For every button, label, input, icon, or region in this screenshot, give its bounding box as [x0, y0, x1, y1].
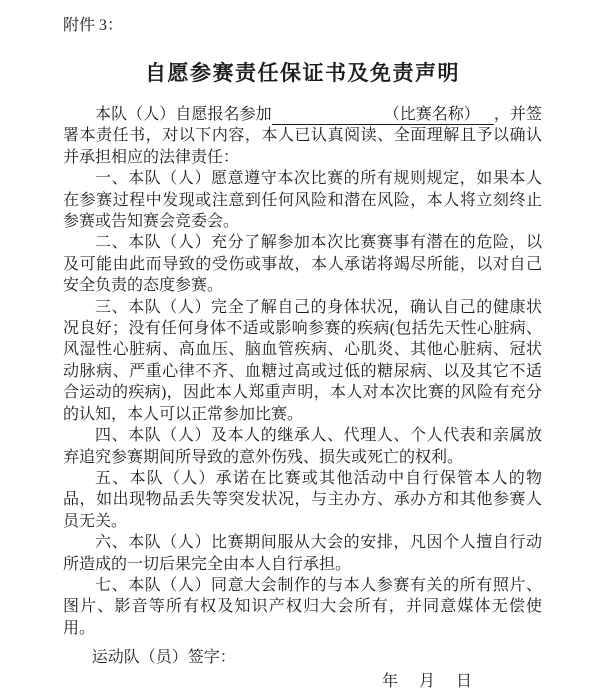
competition-name-fill-line: （比赛名称） [272, 105, 494, 125]
date-year-label: 年 [382, 673, 398, 690]
clause-1: 一、本队（人）愿意遵守本次比赛的所有规则规定，如果本人在参赛过程中发现或注意到任… [63, 168, 542, 232]
competition-name-hint: （比赛名称） [384, 106, 480, 123]
date-month-label: 月 [419, 673, 435, 690]
attachment-label: 附件 3： [63, 14, 542, 38]
clause-3: 三、本队（人）完全了解自己的身体状况，确认自己的健康状况良好；没有任何身体不适或… [63, 297, 542, 425]
intro-paragraph: 本队（人）自愿报名参加（比赛名称），并签署本责任书，对以下内容，本人已认真阅读、… [63, 104, 542, 168]
waiver-document: 附件 3： 自愿参赛责任保证书及免责声明 本队（人）自愿报名参加（比赛名称），并… [0, 0, 600, 690]
clause-7: 七、本队（人）同意大会制作的与本人参赛有关的所有照片、图片、影音等所有权及知识产… [63, 575, 542, 639]
fill-line-tail [480, 118, 494, 119]
signature-label[interactable]: 运动队（员）签字： [63, 647, 542, 669]
date-day-label: 日 [456, 673, 472, 690]
intro-prefix: 本队（人）自愿报名参加 [95, 106, 272, 123]
competition-name-blank[interactable] [272, 118, 384, 119]
clause-4: 四、本队（人）及本人的继承人、代理人、个人代表和亲属放弃追究参赛期间所导致的意外… [63, 425, 542, 468]
clause-6: 六、本队（人）比赛期间服从大会的安排，凡因个人擅自行动所造成的一切后果完全由本人… [63, 532, 542, 575]
document-title: 自愿参赛责任保证书及免责声明 [63, 60, 542, 86]
date-line: 年月日 [63, 671, 542, 690]
clause-2: 二、本队（人）充分了解参加本次比赛赛事有潜在的危险，以及可能由此而导致的受伤或事… [63, 232, 542, 296]
clause-5: 五、本队（人）承诺在比赛或其他活动中自行保管本人的物品，如出现物品丢失等突发状况… [63, 468, 542, 532]
document-body: 本队（人）自愿报名参加（比赛名称），并签署本责任书，对以下内容，本人已认真阅读、… [63, 104, 542, 639]
intro-comma: ， [494, 106, 510, 123]
